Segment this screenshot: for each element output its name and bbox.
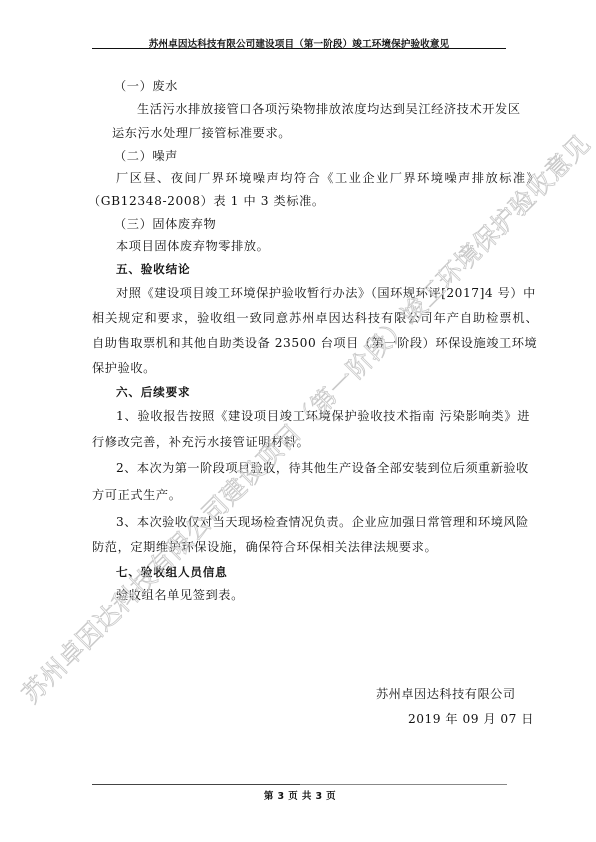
section5-line3: 自助售取票机和其他自助类设备 23500 台项目（第一阶段）环保设施竣工环境 bbox=[92, 335, 537, 351]
section7-text: 验收组名单见签到表。 bbox=[116, 587, 244, 603]
noise-text-line2: （GB12348-2008）表 1 中 3 类标准。 bbox=[88, 193, 325, 209]
document-page: 苏州卓因达科技有限公司建设项目（第一阶段）竣工环境保护验收意见 （一）废水 生活… bbox=[0, 0, 596, 842]
signature-company: 苏州卓因达科技有限公司 bbox=[376, 686, 516, 702]
requirement3-line2: 防范，定期维护环保设施，确保符合环保相关法律法规要求。 bbox=[92, 539, 437, 555]
section6-heading: 六、后续要求 bbox=[116, 384, 190, 400]
footer-divider-right bbox=[300, 784, 507, 785]
section5-line2: 相关规定和要求，验收组一致同意苏州卓因达科技有限公司年产自助检票机、 bbox=[92, 310, 539, 326]
page-number: 第 3 页 共 3 页 bbox=[92, 788, 508, 802]
footer-divider-left bbox=[92, 784, 300, 785]
requirement1-line2: 行修改完善，补充污水接管证明材料。 bbox=[92, 434, 309, 450]
noise-text-line1: 厂区昼、夜间厂界环境噪声均符合《工业企业厂界环境噪声排放标准》 bbox=[116, 170, 540, 186]
section5-line1: 对照《建设项目竣工环境保护验收暂行办法》（国环规环评[2017]4 号）中 bbox=[116, 285, 536, 301]
solid-waste-heading: （三）固体废弃物 bbox=[114, 216, 216, 232]
wastewater-heading: （一）废水 bbox=[114, 78, 178, 94]
section7-heading: 七、验收组人员信息 bbox=[116, 564, 228, 580]
requirement1-line1: 1、验收报告按照《建设项目竣工环境保护验收技术指南 污染影响类》进 bbox=[116, 408, 530, 424]
requirement3-line1: 3、本次验收仅对当天现场检查情况负责。企业应加强日常管理和环境风险 bbox=[116, 514, 529, 530]
section5-heading: 五、验收结论 bbox=[116, 261, 190, 277]
wastewater-text-line2: 运东污水处理厂接管标准要求。 bbox=[112, 125, 291, 141]
solid-waste-text: 本项目固体废弃物零排放。 bbox=[116, 238, 269, 254]
noise-heading: （二）噪声 bbox=[114, 148, 178, 164]
requirement2-line1: 2、本次为第一阶段项目验收，待其他生产设备全部安装到位后须重新验收 bbox=[116, 460, 529, 476]
section5-line4: 保护验收。 bbox=[92, 360, 156, 376]
requirement2-line2: 方可正式生产。 bbox=[92, 487, 182, 503]
header-divider bbox=[92, 48, 506, 49]
signature-date: 2019 年 09 月 07 日 bbox=[408, 711, 534, 727]
wastewater-text-line1: 生活污水排放接管口各项污染物排放浓度均达到吴江经济技术开发区 bbox=[137, 101, 521, 117]
